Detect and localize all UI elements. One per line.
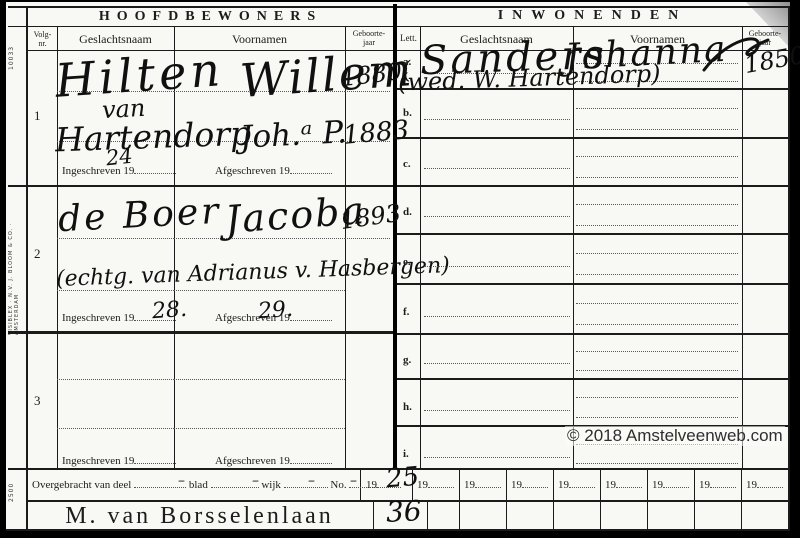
writing-line xyxy=(57,378,174,380)
handwriting-dash: – xyxy=(350,474,357,488)
writing-line xyxy=(57,427,174,429)
row-number: 3 xyxy=(34,393,41,409)
handwriting-surname: de Boer xyxy=(57,194,222,239)
watermark: © 2018 Amstelveenweb.com xyxy=(565,426,785,446)
lett-label: i. xyxy=(403,448,409,460)
overgebracht-row: Overgebracht van deel blad wijk No. xyxy=(32,477,393,491)
wijk-label: wijk xyxy=(261,479,281,491)
handwriting-ingeschreven-year: 28. xyxy=(151,299,187,323)
dotted-blank xyxy=(616,477,642,488)
right-outer-border xyxy=(788,6,790,530)
lett-label: f. xyxy=(403,306,409,318)
left-outer-border xyxy=(26,6,28,530)
year-prefix: 19 xyxy=(605,479,616,491)
lett-label: d. xyxy=(403,206,412,218)
row-separator xyxy=(397,137,788,139)
handwriting-afgeschreven-year: 29. xyxy=(257,299,293,323)
overgebracht-label: Overgebracht van deel xyxy=(32,479,131,491)
street-name: M. van Borsselenlaan xyxy=(26,503,373,530)
footer-year-cell: 19 xyxy=(605,477,642,491)
inwonenden-title: INWONENDEN xyxy=(397,8,788,24)
writing-line xyxy=(424,265,570,267)
footer-year-cell: 19 xyxy=(558,477,595,491)
dotted-blank xyxy=(290,453,332,464)
afgeschreven-label: Afgeschreven 19 xyxy=(215,163,332,177)
dotted-blank xyxy=(428,477,454,488)
housenumber-box-left xyxy=(373,500,374,530)
writing-line xyxy=(174,427,345,429)
writing-line xyxy=(345,237,390,239)
writing-line xyxy=(576,273,738,275)
year-prefix: 19 xyxy=(652,479,663,491)
year-cell-divider xyxy=(553,468,554,530)
writing-line xyxy=(424,167,570,169)
writing-line xyxy=(424,215,570,217)
hoofdbewoners-title: HOOFDBEWONERS xyxy=(28,9,393,25)
row-separator xyxy=(397,283,788,285)
writing-line xyxy=(174,289,345,291)
margin-code-top: 10033 xyxy=(8,26,15,70)
year-prefix: 19 xyxy=(366,479,377,491)
year-cell-divider xyxy=(741,468,742,530)
lett-label: a. xyxy=(403,56,411,68)
col-volgnr-top: Volg- xyxy=(28,30,57,39)
year-prefix: 19 xyxy=(417,479,428,491)
dotted-blank xyxy=(134,163,176,174)
year-cell-divider xyxy=(694,468,695,530)
year-prefix: 19 xyxy=(558,479,569,491)
writing-line xyxy=(576,224,738,226)
afgeschreven-label: Afgeschreven 19 xyxy=(215,453,332,467)
footer-year-cell: 19 xyxy=(464,477,501,491)
dotted-blank xyxy=(134,453,176,464)
printer-mark: VISIBLEX · N.V. J. BLOOM & CO. · AMSTERD… xyxy=(8,185,20,335)
afgeschreven-text: Afgeschreven 19 xyxy=(215,165,290,177)
scanned-register-page: 10033 VISIBLEX · N.V. J. BLOOM & CO. · A… xyxy=(0,0,800,538)
left-row2-separator xyxy=(8,331,393,334)
writing-line xyxy=(424,362,570,364)
dotted-blank xyxy=(522,477,548,488)
writing-line xyxy=(576,155,738,157)
year-prefix: 19 xyxy=(511,479,522,491)
handwriting-firstname: Joh.ᵃ P. xyxy=(239,117,347,154)
writing-line xyxy=(576,369,738,371)
lett-label: h. xyxy=(403,401,412,413)
lett-label: c. xyxy=(403,158,411,170)
writing-line xyxy=(576,252,738,254)
handwriting-dash: – xyxy=(252,474,259,488)
writing-line xyxy=(576,416,738,418)
writing-line xyxy=(424,118,570,120)
writing-line xyxy=(424,456,570,458)
blad-label: blad xyxy=(189,479,208,491)
year-cell-divider xyxy=(647,468,648,530)
writing-line xyxy=(576,176,738,178)
year-prefix: 19 xyxy=(746,479,757,491)
dotted-blank xyxy=(290,163,332,174)
handwriting-year-value: 25 xyxy=(385,464,420,493)
housenumber-box-right xyxy=(427,500,428,530)
dotted-blank xyxy=(290,310,332,321)
dotted-blank xyxy=(569,477,595,488)
left-row1-separator xyxy=(8,185,393,187)
row-separator xyxy=(397,333,788,335)
dotted-blank xyxy=(757,477,783,488)
handwriting-dash: – xyxy=(178,474,185,488)
right-name-divider xyxy=(573,26,574,468)
handwriting-surname: Hartendorp xyxy=(54,117,251,157)
year-cell-divider xyxy=(459,468,460,530)
handwriting-ingeschreven-year: 24 xyxy=(105,146,134,170)
ingeschreven-text: Ingeschreven 19 xyxy=(62,455,134,467)
lett-label: b. xyxy=(403,107,412,119)
writing-line xyxy=(576,462,738,464)
col-geboortejaar-left-top: Geboorte- xyxy=(345,29,393,38)
footer-year-cell: 19 xyxy=(511,477,548,491)
writing-line xyxy=(174,378,345,380)
footer-year-cell: 19 xyxy=(652,477,689,491)
writing-line xyxy=(576,396,738,398)
writing-line xyxy=(576,350,738,352)
year-prefix: 19 xyxy=(699,479,710,491)
row-separator xyxy=(397,185,788,187)
year-cell-divider xyxy=(506,468,507,530)
writing-line xyxy=(424,315,570,317)
margin-code-bottom: 2500 xyxy=(8,466,15,502)
no-label: No. xyxy=(330,479,346,491)
lett-label: e. xyxy=(403,256,411,268)
dotted-blank xyxy=(475,477,501,488)
year-cell-divider xyxy=(600,468,601,530)
year-prefix: 19 xyxy=(464,479,475,491)
writing-line xyxy=(576,203,738,205)
ingeschreven-label: Ingeschreven 19 xyxy=(62,453,176,467)
dotted-blank xyxy=(284,477,328,488)
title-underline xyxy=(8,26,788,27)
dotted-blank xyxy=(663,477,689,488)
right-year-divider xyxy=(742,26,743,468)
footer-year-cell: 19 xyxy=(746,477,783,491)
writing-line xyxy=(424,409,570,411)
writing-line xyxy=(576,107,738,109)
lett-label: g. xyxy=(403,354,411,366)
col-volgnr-bottom: nr. xyxy=(28,39,57,48)
writing-line xyxy=(576,302,738,304)
footer-year-cell: 19 xyxy=(699,477,736,491)
col-geslachtsnaam-left: Geslachtsnaam xyxy=(57,32,174,47)
dotted-blank xyxy=(710,477,736,488)
ingeschreven-text: Ingeschreven 19 xyxy=(62,312,134,324)
afgeschreven-text: Afgeschreven 19 xyxy=(215,455,290,467)
row-number: 2 xyxy=(34,246,41,262)
row-separator xyxy=(397,233,788,235)
writing-line xyxy=(576,128,738,130)
handwriting-house-number: 36 xyxy=(385,497,422,527)
row-separator xyxy=(397,378,788,380)
handwriting-birthyear: 1883 xyxy=(342,117,410,149)
writing-line xyxy=(576,323,738,325)
handwriting-dash: – xyxy=(308,474,315,488)
row-number: 1 xyxy=(34,108,41,124)
footer-year-cell: 19 xyxy=(417,477,454,491)
